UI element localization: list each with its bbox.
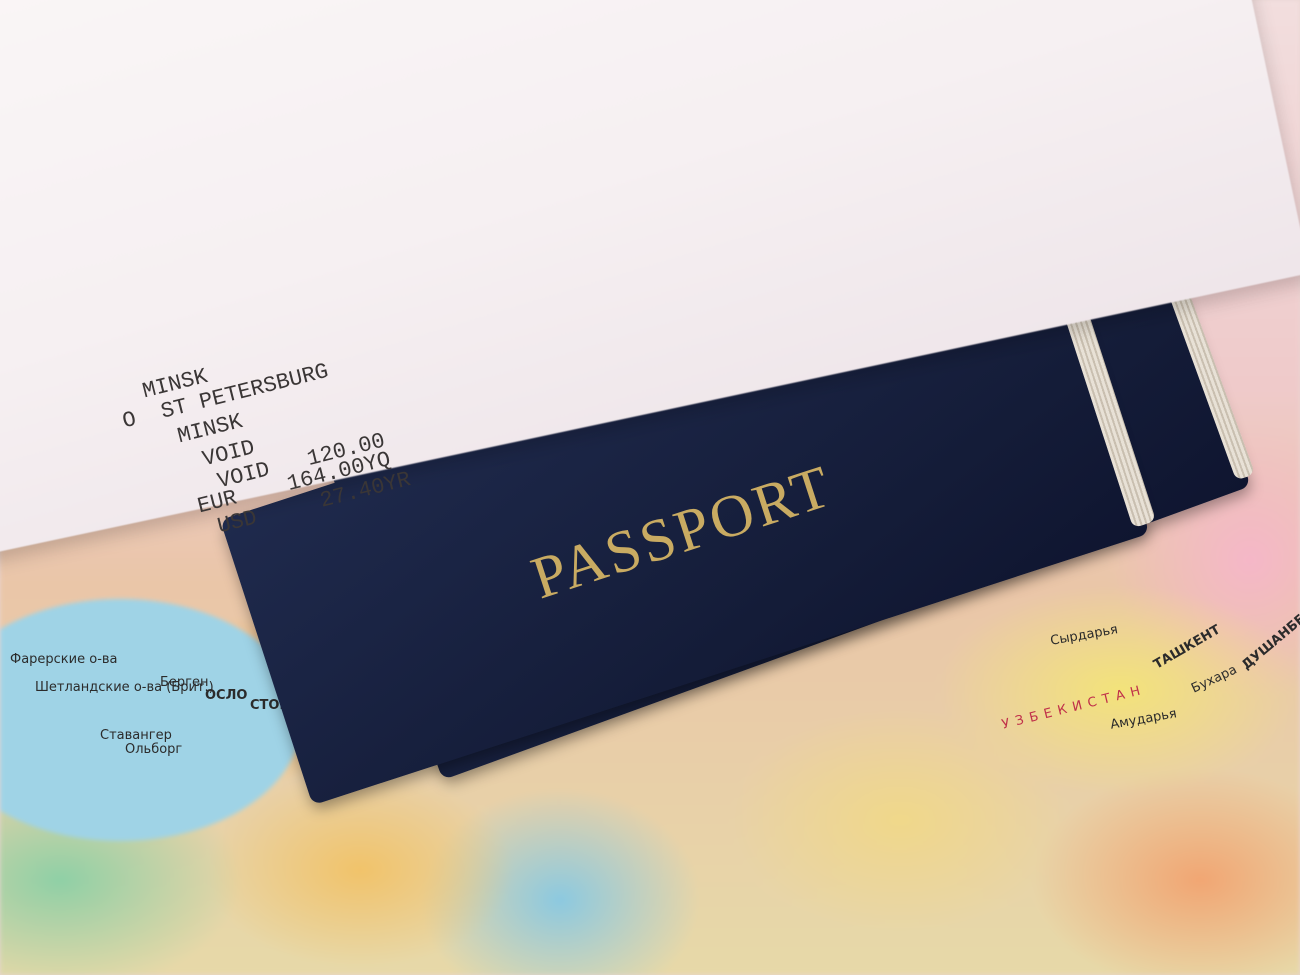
map-label: Берген — [160, 675, 209, 690]
map-label: Ставангер — [100, 728, 172, 743]
passport-cover-text: PASSPORT — [523, 451, 841, 613]
photo-scene: Фарерские о-ва Шетландские о-ва (Брит.) … — [0, 0, 1300, 975]
map-label: Ольборг — [125, 742, 182, 757]
map-label: ОСЛО — [205, 688, 247, 703]
map-label: Фарерские о-ва — [10, 652, 118, 667]
